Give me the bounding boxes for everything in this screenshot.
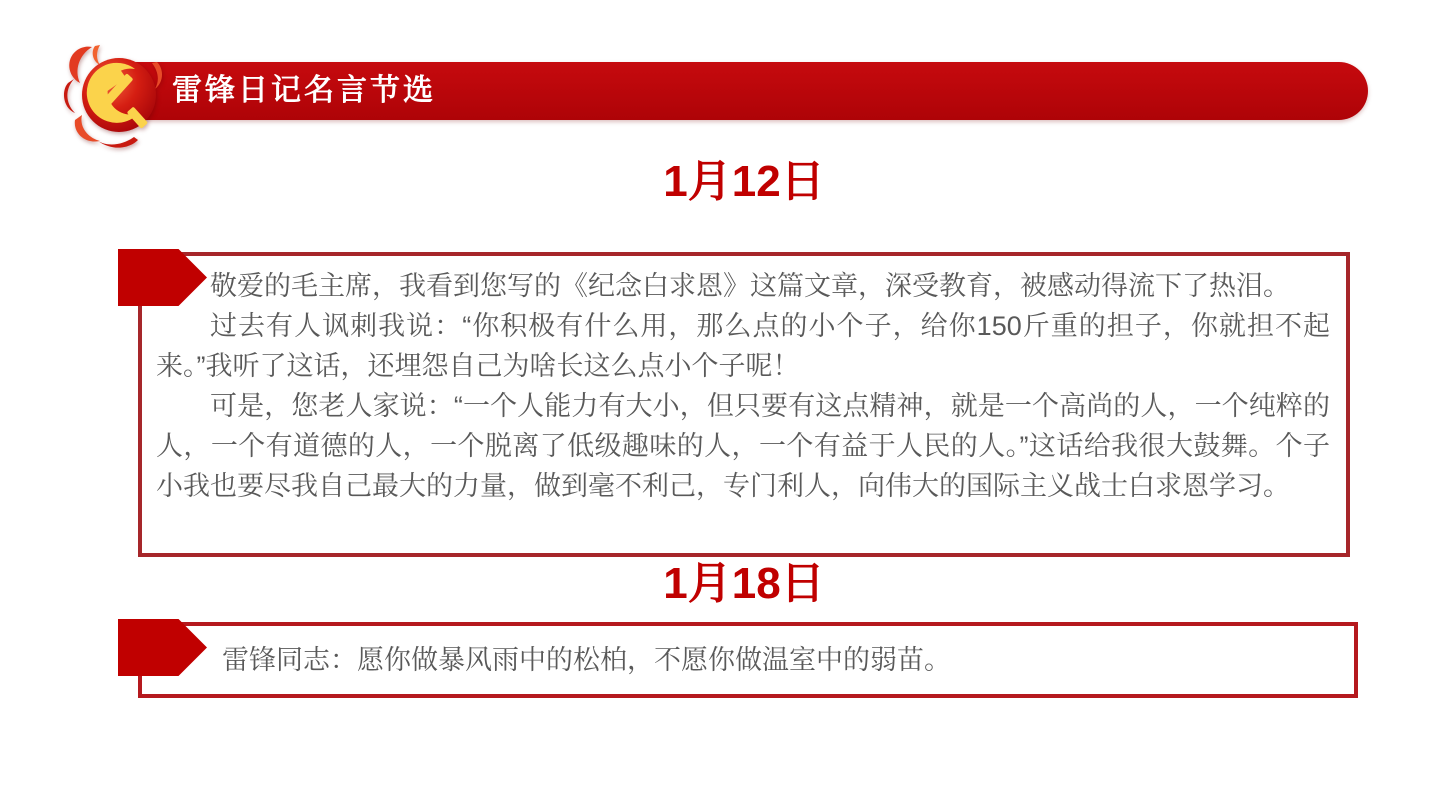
quote-paragraph: 雷锋同志：愿你做暴风雨中的松柏，不愿你做温室中的弱苗。 — [222, 643, 951, 677]
party-emblem-icon — [62, 42, 174, 154]
page-title: 雷锋日记名言节选 — [172, 62, 436, 120]
quote-box-jan18: 雷锋同志：愿你做暴风雨中的松柏，不愿你做温室中的弱苗。 — [138, 622, 1358, 698]
entry-date-jan12: 1月12日 — [138, 156, 1350, 208]
quote-paragraph: 过去有人讽刺我说：“你积极有什么用，那么点的小个子，给你150斤重的担子，你就担… — [156, 306, 1330, 386]
entry-date-jan18: 1月18日 — [138, 558, 1350, 610]
slide-canvas: 雷锋日记名言节选 1月12日 敬爱的毛主席，我看到您写的《纪念白求恩》这篇文章，… — [0, 0, 1440, 810]
quote-paragraph: 敬爱的毛主席，我看到您写的《纪念白求恩》这篇文章，深受教育，被感动得流下了热泪。 — [156, 266, 1330, 306]
title-banner: 雷锋日记名言节选 — [86, 62, 1368, 120]
quote-box-jan12: 敬爱的毛主席，我看到您写的《纪念白求恩》这篇文章，深受教育，被感动得流下了热泪。… — [138, 252, 1350, 557]
quote-paragraph: 可是，您老人家说：“一个人能力有大小，但只要有这点精神，就是一个高尚的人，一个纯… — [156, 386, 1330, 506]
